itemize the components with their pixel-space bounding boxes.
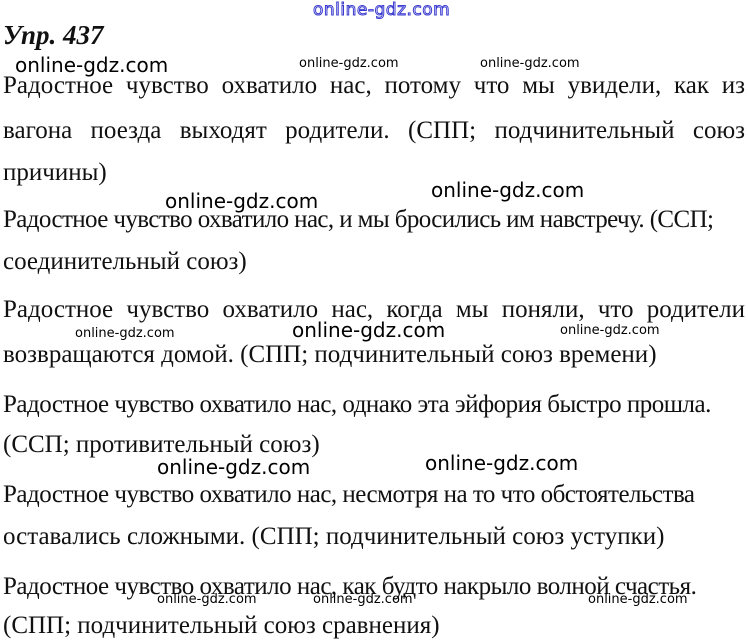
answer-line: Радостное чувство охватило нас, и мы бро… (3, 207, 713, 232)
watermark: online-gdz.com (75, 327, 175, 340)
watermark: online-gdz.com (313, 593, 413, 606)
watermark: online-gdz.com (588, 593, 688, 606)
answer-line: Радостное чувство охватило нас, потому ч… (3, 73, 745, 98)
answer-line: Радостное чувство охватило нас, однако э… (3, 392, 711, 417)
exercise-title: Упр. 437 (3, 22, 104, 49)
answer-line: соединительный союз) (3, 249, 247, 274)
answer-line: (ССП; противительный союз) (3, 432, 320, 457)
answer-line: оставались сложными. (СПП; подчинительны… (3, 524, 664, 549)
watermark: online-gdz.com (157, 593, 257, 606)
watermark-header: online-gdz.com (313, 2, 450, 19)
answer-line: причины) (3, 160, 107, 185)
watermark: online-gdz.com (425, 453, 578, 473)
watermark: online-gdz.com (480, 57, 580, 70)
watermark: online-gdz.com (292, 320, 445, 340)
watermark: online-gdz.com (157, 457, 310, 477)
answer-line: вагона поезда выходят родители. (СПП; по… (3, 118, 745, 143)
exercise-page: online-gdz.com Упр. 437 online-gdz.com o… (0, 0, 748, 641)
answer-line: Радостное чувство охватило нас, несмотря… (3, 482, 695, 507)
watermark: online-gdz.com (560, 324, 660, 337)
watermark: online-gdz.com (431, 180, 584, 200)
answer-line: (СПП; подчинительный союз сравнения) (3, 613, 440, 638)
answer-line: возвращаются домой. (СПП; подчинительный… (3, 342, 657, 367)
watermark: online-gdz.com (299, 57, 399, 70)
